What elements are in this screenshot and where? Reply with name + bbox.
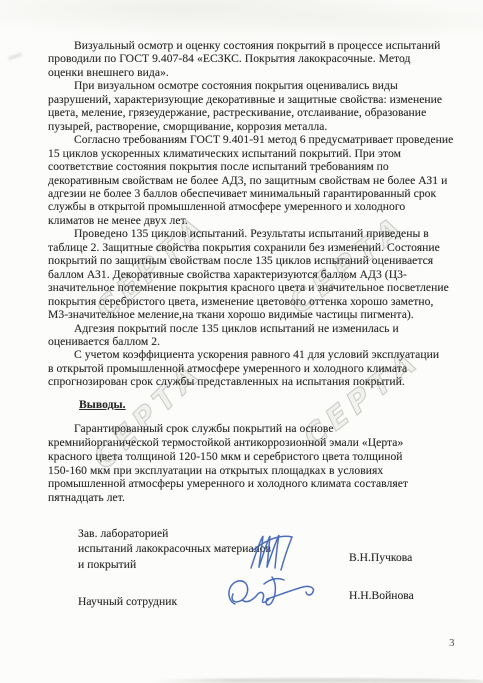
scan-artifact-left (8, 53, 22, 61)
signature-voynova-ink (222, 571, 322, 621)
text-line: 15 циклов ускоренных климатических испыт… (48, 147, 453, 160)
text-line: цвета, меление, грязеудержание, растреск… (48, 106, 453, 119)
text-line: Проведено 135 циклов испытаний. Результа… (48, 227, 453, 240)
text-line: декоративным свойствам не более АД3, по … (48, 174, 453, 187)
paragraph: Проведено 135 циклов испытаний. Результа… (48, 227, 453, 321)
text-line: спрогнозирован срок службы представленны… (48, 375, 453, 388)
text-line: промышленной атмосферы умеренного и холо… (48, 477, 453, 491)
page-number: 3 (449, 637, 455, 649)
text-line: соответствие состояния покрытия после ис… (48, 160, 453, 173)
signer-title-line: и покрытий (78, 557, 271, 572)
text-line: климатов не менее двух лет. (48, 214, 453, 227)
signer-name: В.Н.Пучкова (349, 551, 412, 564)
text-line: оценки внешнего вида». (48, 66, 453, 79)
text-line: разрушений, характеризующие декоративные… (48, 93, 453, 106)
text-line: значительное потемнение покрытия красног… (48, 281, 453, 294)
text-line: адгезии не более 3 баллов обеспечивает м… (48, 187, 453, 200)
text-line: покрытия серебристого цвета, изменение ц… (48, 295, 453, 308)
signer-title-line: испытаний лакокрасочных материалов (78, 541, 271, 556)
text-line: кремнийорганической термостойкой антикор… (48, 436, 453, 450)
scanned-document-page: СЕРТА СЕРТА СЕРТА СЕРТА Визуальный осмот… (0, 0, 483, 683)
text-line: проводили по ГОСТ 9.407-84 «ЕСЗКС. Покры… (48, 52, 453, 65)
text-line: 150-160 мкм при эксплуатации на открытых… (48, 464, 453, 478)
text-line: Адгезия покрытий после 135 циклов испыта… (48, 322, 453, 335)
document-body: Визуальный осмотр и оценку состояния пок… (48, 39, 453, 505)
paragraph: Гарантированный срок службы покрытий на … (48, 422, 453, 505)
text-line: пятнадцать лет. (48, 491, 453, 505)
text-line: Визуальный осмотр и оценку состояния пок… (48, 39, 453, 52)
text-line: в открытой промышленной атмосфере умерен… (48, 362, 453, 375)
text-line: таблице 2. Защитные свойства покрытия со… (48, 241, 453, 254)
text-line: службы в открытой промышленной атмосфере… (48, 200, 453, 213)
conclusions-heading: Выводы. (48, 398, 453, 411)
text-line: Согласно требованиям ГОСТ 9.401-91 метод… (48, 133, 453, 146)
paragraph: При визуальном осмотре состояния покрыти… (48, 79, 453, 133)
text-line: М3-значительное меление,на ткани хорошо … (48, 308, 453, 321)
text-line: При визуальном осмотре состояния покрыти… (48, 79, 453, 92)
signature-puchkova-ink (246, 529, 300, 573)
text-line: оценивается баллом 2. (48, 335, 453, 348)
paragraph: Визуальный осмотр и оценку состояния пок… (48, 39, 453, 79)
text-line: красного цвета толщиной 120-150 мкм и се… (48, 450, 453, 464)
paragraph: С учетом коэффициента ускорения равного … (48, 348, 453, 388)
paragraph: Согласно требованиям ГОСТ 9.401-91 метод… (48, 133, 453, 227)
paragraph: Адгезия покрытий после 135 циклов испыта… (48, 322, 453, 349)
signer-name: Н.Н.Войнова (349, 589, 414, 602)
scan-artifact-bottom (150, 678, 483, 683)
signer-title-line: Зав. лабораторией (78, 526, 271, 541)
text-line: пузырей, растворение, сморщивание, корро… (48, 120, 453, 133)
text-line: покрытий по защитным свойствам после 135… (48, 254, 453, 267)
text-line: Гарантированный срок службы покрытий на … (48, 422, 453, 436)
text-line: баллом АЗ1. Декоративные свойства характ… (48, 268, 453, 281)
text-line: С учетом коэффициента ускорения равного … (48, 348, 453, 361)
